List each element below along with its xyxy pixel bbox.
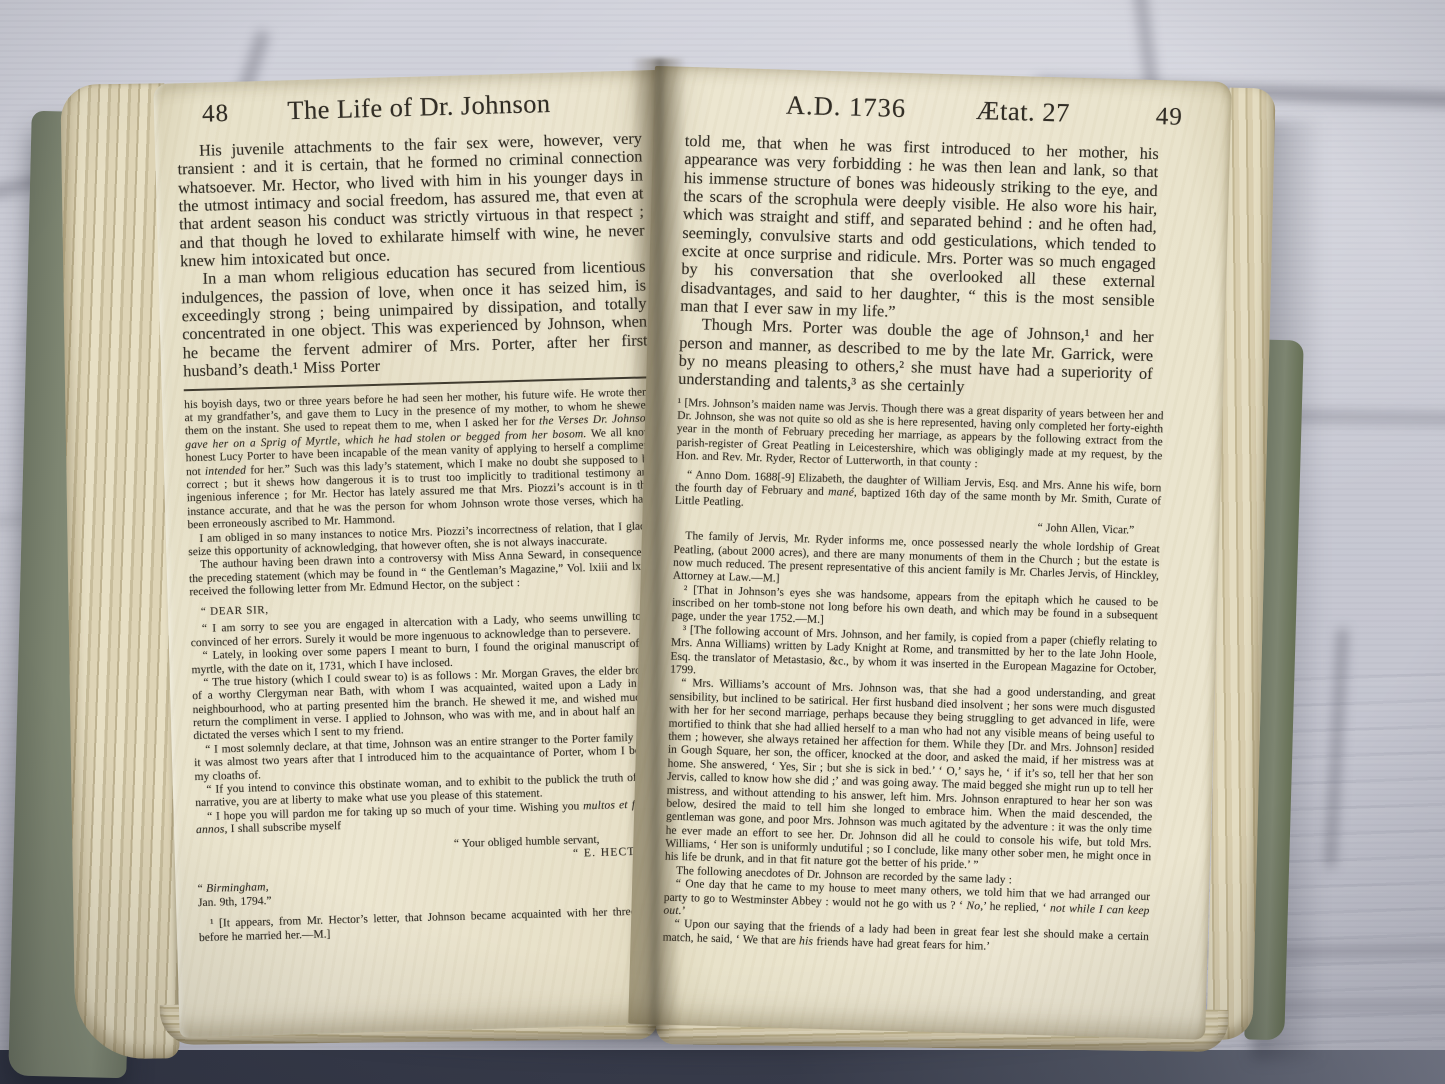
- book-photo-scene: 48 The Life of Dr. Johnson His juvenile …: [0, 0, 1445, 1084]
- right-footnotes: ¹ [Mrs. Johnson’s maiden name was Jervis…: [662, 396, 1163, 958]
- left-page-header: 48 The Life of Dr. Johnson: [176, 85, 644, 129]
- right-page-header: A.D. 1736 Ætat. 27 49: [686, 87, 1210, 133]
- left-page-number: 48: [202, 100, 230, 129]
- body-paragraph: His juvenile attachments to the fair sex…: [177, 129, 645, 270]
- left-page-content: 48 The Life of Dr. Johnson His juvenile …: [153, 70, 680, 946]
- right-page-number: 49: [1155, 103, 1183, 132]
- aetat-heading: Ætat. 27: [976, 95, 1071, 129]
- right-page-content: A.D. 1736 Ætat. 27 49 told me, that when…: [630, 66, 1231, 960]
- date-heading: A.D. 1736: [786, 90, 907, 124]
- body-paragraph: told me, that when he was first introduc…: [680, 132, 1159, 328]
- body-paragraph: Though Mrs. Porter was double the age of…: [678, 315, 1154, 402]
- running-title: The Life of Dr. Johnson: [229, 85, 644, 128]
- left-footnotes: his boyish days, two or three years befo…: [184, 386, 666, 945]
- footnote-paragraph: his boyish days, two or three years befo…: [184, 386, 655, 533]
- footnote-paragraph: “ Mrs. Williams’s account of Mrs. Johnso…: [665, 677, 1156, 878]
- right-page: A.D. 1736 Ætat. 27 49 told me, that when…: [628, 66, 1232, 1040]
- body-paragraph: In a man whom religious education has se…: [180, 258, 648, 381]
- right-body-text: told me, that when he was first introduc…: [678, 132, 1159, 402]
- left-page: 48 The Life of Dr. Johnson His juvenile …: [153, 70, 682, 1038]
- left-body-text: His juvenile attachments to the fair sex…: [177, 129, 648, 380]
- footnote-paragraph: ¹ [Mrs. Johnson’s maiden name was Jervis…: [676, 396, 1164, 476]
- footnote-paragraph: ¹ [It appears, from Mr. Hector’s letter,…: [199, 905, 667, 945]
